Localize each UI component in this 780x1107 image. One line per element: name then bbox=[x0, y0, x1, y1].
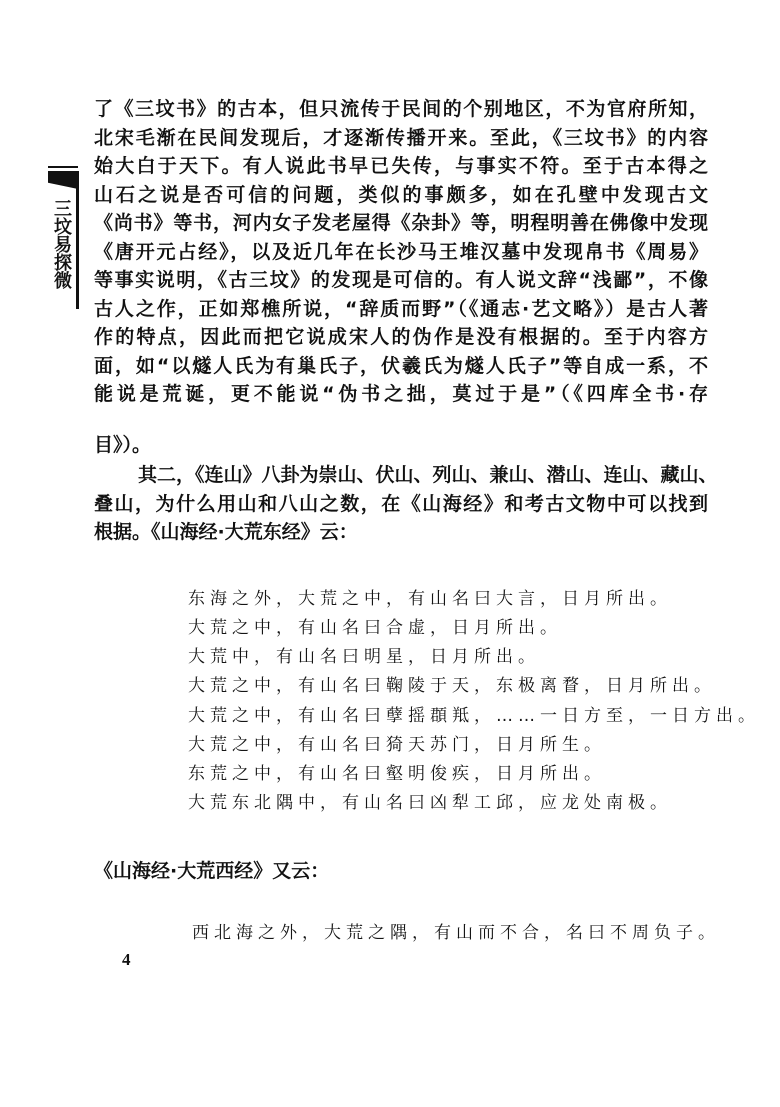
running-head-tab: 三坟易探微 bbox=[48, 166, 80, 312]
paragraph-1-line: 了《三坟书》的古本，但只流传于民间的个别地区，不为官府所知， bbox=[94, 98, 708, 120]
paragraph-2-line: 根据。《山海经·大荒东经》云： bbox=[94, 521, 708, 543]
paragraph-1-line: 北宋毛渐在民间发现后，才逐渐传播开来。至此，《三坟书》的内容 bbox=[94, 127, 708, 149]
quotation-line: 大荒之中，有山名曰孽摇頵羝，……一日方至，一日方出。 bbox=[188, 705, 760, 727]
paragraph-1-line: 始大白于天下。有人说此书早已失传，与事实不符。至于古本得之 bbox=[94, 155, 708, 177]
paragraph-2-line: 其二，《连山》八卦为崇山、伏山、列山、兼山、潜山、连山、藏山、 bbox=[138, 464, 708, 486]
paragraph-1-line: 《尚书》等书，河内女子发老屋得《杂卦》等，明程明善在佛像中发现 bbox=[94, 212, 708, 234]
quotation-line: 大荒之中，有山名曰合虚，日月所出。 bbox=[188, 617, 562, 639]
paragraph-1-line: 《唐开元占经》，以及近几年在长沙马王堆汉墓中发现帛书《周易》 bbox=[94, 241, 708, 263]
quotation-intro: 《山海经·大荒西经》又云： bbox=[94, 860, 708, 882]
tab-black-block bbox=[48, 171, 78, 189]
running-head-title: 三坟易探微 bbox=[50, 199, 72, 289]
paragraph-1-line: 作的特点，因此而把它说成宋人的伪作是没有根据的。至于内容方 bbox=[94, 326, 708, 348]
paragraph-1-line: 面，如“以燧人氏为有巢氏子，伏羲氏为燧人氏子”等自成一系，不 bbox=[94, 355, 708, 377]
paragraph-1-line: 古人之作，正如郑樵所说，“辞质而野”（《通志·艺文略》）是古人著 bbox=[94, 298, 708, 320]
tab-top-rule bbox=[48, 166, 78, 168]
paragraph-1-line: 等事实说明，《古三坟》的发现是可信的。有人说文辞“浅鄙”，不像 bbox=[94, 269, 708, 291]
quotation-line: 大荒中，有山名曰明星，日月所出。 bbox=[188, 646, 540, 668]
paragraph-1-line: 能说是荒诞，更不能说“伪书之拙，莫过于是”（《四库全书·存 bbox=[94, 383, 708, 405]
tab-vertical-rule bbox=[76, 171, 79, 309]
quotation-line: 东荒之中，有山名曰壑明俊疾，日月所出。 bbox=[188, 763, 606, 785]
quotation-line: 大荒东北隅中，有山名曰凶犁工邱，应龙处南极。 bbox=[188, 792, 672, 814]
paragraph-1-line: 目》）。 bbox=[94, 434, 708, 456]
page-number: 4 bbox=[122, 950, 131, 970]
book-page: 三坟易探微 了《三坟书》的古本，但只流传于民间的个别地区，不为官府所知， 北宋毛… bbox=[0, 0, 780, 1107]
paragraph-1-line: 山石之说是否可信的问题，类似的事颇多，如在孔壁中发现古文 bbox=[94, 184, 708, 206]
quotation-line: 大荒之中，有山名曰猗天苏门，日月所生。 bbox=[188, 734, 606, 756]
quotation-line: 大荒之中，有山名曰鞠陵于天，东极离瞀，日月所出。 bbox=[188, 675, 716, 697]
quotation-line: 东海之外，大荒之中，有山名曰大言，日月所出。 bbox=[188, 588, 672, 610]
quotation-line: 西北海之外，大荒之隅，有山而不合，名曰不周负子。 bbox=[192, 922, 720, 944]
paragraph-2-line: 叠山，为什么用山和八山之数，在《山海经》和考古文物中可以找到 bbox=[94, 493, 708, 515]
